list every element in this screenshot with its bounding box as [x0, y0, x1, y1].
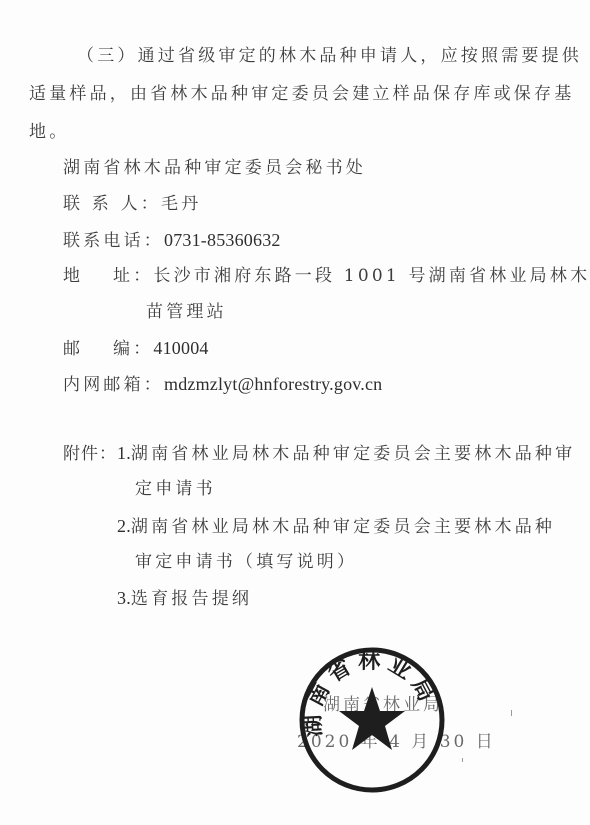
phone-value: 0731-85360632 [164, 230, 281, 250]
email-row: 内网邮箱：mdzmzlyt@hnforestry.gov.cn [63, 374, 382, 395]
postcode-label-2: 编： [113, 339, 153, 359]
official-seal: 湖南省林业局 [297, 645, 447, 795]
address-label-1: 地 [63, 266, 113, 286]
attachment-3-title: 选育报告提纲 [131, 589, 252, 609]
document-page: （三）通过省级审定的林木品种申请人，应按照需要提供 适量样品，由省林木品种审定委… [0, 0, 590, 825]
phone-label: 联系电话： [63, 231, 164, 251]
scan-speck [511, 710, 512, 716]
star-icon [339, 687, 405, 750]
address-value-line-1: 长沙市湘府东路一段 1001 号湖南省林业局林木种 [153, 266, 590, 286]
address-label-2: 址： [113, 266, 153, 286]
address-row: 地址：长沙市湘府东路一段 1001 号湖南省林业局林木种 [63, 266, 590, 286]
office-name: 湖南省林木品种审定委员会秘书处 [63, 158, 366, 178]
attachment-1-number: 1. [117, 443, 131, 463]
email-value: mdzmzlyt@hnforestry.gov.cn [164, 374, 382, 394]
postcode-label-1: 邮 [63, 339, 113, 359]
attachment-2-title-line-1: 湖南省林业局林木品种审定委员会主要林木品种 [131, 517, 555, 537]
attachment-1-title-line-2: 定申请书 [135, 479, 216, 499]
attachment-2-number: 2. [117, 516, 131, 536]
attachment-2-row: 2.湖南省林业局林木品种审定委员会主要林木品种 [117, 516, 555, 537]
email-label: 内网邮箱： [63, 375, 164, 395]
attachments-label: 附件： [63, 444, 117, 464]
paragraph-3-line-1: （三）通过省级审定的林木品种申请人，应按照需要提供 [77, 46, 582, 66]
attachment-1-row: 附件：1.湖南省林业局林木品种审定委员会主要林木品种审 [63, 443, 575, 464]
paragraph-3-line-3: 地。 [29, 122, 69, 142]
phone-row: 联系电话：0731-85360632 [63, 230, 281, 251]
postcode-row: 邮编：410004 [63, 338, 209, 359]
attachment-2-title-line-2: 审定申请书（填写说明） [135, 552, 357, 572]
contact-person-label: 联 系 人： [63, 194, 161, 214]
scan-speck [462, 758, 463, 762]
paragraph-3-line-2: 适量样品，由省林木品种审定委员会建立样品保存库或保存基 [29, 84, 574, 104]
contact-person-value: 毛丹 [161, 194, 201, 214]
contact-person-row: 联 系 人：毛丹 [63, 194, 201, 214]
address-value-line-2: 苗管理站 [146, 302, 227, 322]
attachment-1-title-line-1: 湖南省林业局林木品种审定委员会主要林木品种审 [131, 444, 575, 464]
attachment-3-number: 3. [117, 588, 131, 608]
attachment-3-row: 3.选育报告提纲 [117, 588, 252, 609]
postcode-value: 410004 [153, 338, 208, 358]
